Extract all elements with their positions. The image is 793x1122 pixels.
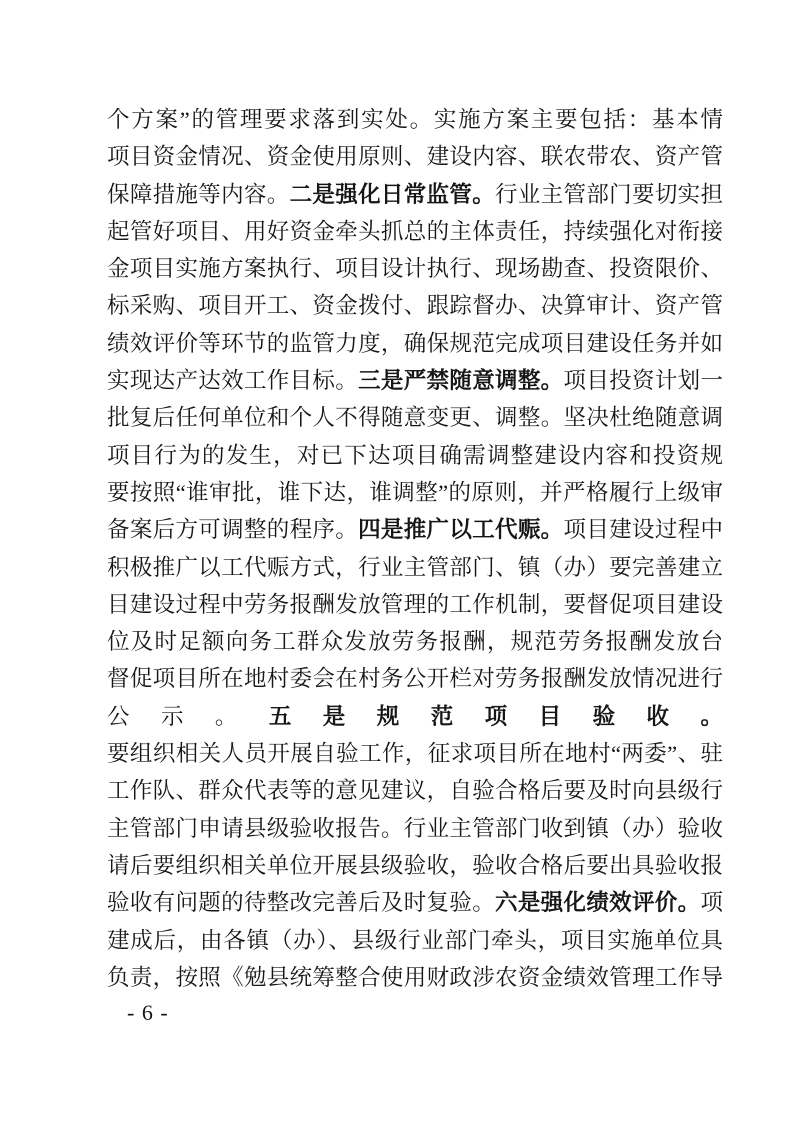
body-text: 个方案”的管理要求落到实处。实施方案主要包括：基本情况、 项目资金情况、资金使用… [107, 101, 723, 996]
body-text-segment: 批复后任何单位和个人不得随意变更、调整。坚决杜绝随意调整 [107, 405, 723, 436]
inline-heading-5: 五是规范项目验收。 [269, 704, 723, 729]
body-text-segment: 积极推广以工代赈方式，行业主管部门、镇（办）要完善建立项 [107, 555, 723, 586]
text-line: 主管部门申请县级验收报告。行业主管部门收到镇（办）验收申 [107, 810, 723, 847]
body-text-segment: 标采购、项目开工、资金拨付、跟踪督办、决算审计、资产管理、 [107, 293, 723, 324]
text-line: 绩效评价等环节的监管力度，确保规范完成项目建设任务并如期 [107, 325, 723, 362]
document-page: 个方案”的管理要求落到实处。实施方案主要包括：基本情况、 项目资金情况、资金使用… [0, 0, 793, 1122]
text-line: 实现达产达效工作目标。三是严禁随意调整。项目投资计划一旦 [107, 362, 723, 399]
text-line: 公示。五是规范项目验收。项目竣工后，镇（办）、村（社区） [107, 698, 723, 735]
text-line: 验收有问题的待整改完善后及时复验。六是强化绩效评价。项目 [107, 884, 723, 921]
text-line: 负责，按照《勉县统筹整合使用财政涉农资金绩效管理工作导引 [107, 959, 723, 996]
text-line: 请后要组织相关单位开展县级验收，验收合格后要出具验收报告。 [107, 847, 723, 884]
body-text-segment: 公示。 [107, 704, 269, 729]
body-text-segment: 验收有问题的待整改完善后及时复验。 [107, 890, 495, 915]
body-text-segment: 项目资金情况、资金使用原则、建设内容、联农带农、资产管理、 [107, 144, 723, 175]
body-text-segment: 绩效评价等环节的监管力度，确保规范完成项目建设任务并如期 [107, 331, 723, 362]
text-line: 积极推广以工代赈方式，行业主管部门、镇（办）要完善建立项 [107, 549, 723, 586]
body-text-segment: 起管好项目、用好资金牵头抓总的主体责任，持续强化对衔接资 [107, 219, 723, 250]
inline-heading-2: 二是强化日常监管。 [290, 182, 495, 207]
text-line: 工作队、群众代表等的意见建议，自验合格后要及时向县级行业 [107, 772, 723, 809]
text-line: 建成后，由各镇（办）、县级行业部门牵头，项目实施单位具体 [107, 922, 723, 959]
body-text-segment: 建成后，由各镇（办）、县级行业部门牵头，项目实施单位具体 [107, 928, 723, 959]
text-line: 督促项目所在地村委会在村务公开栏对劳务报酬发放情况进行 [107, 660, 723, 697]
body-text-segment: 要按照“谁审批，谁下达，谁调整”的原则，并严格履行上级审批 [107, 480, 723, 511]
body-text-segment: 个方案”的管理要求落到实处。实施方案主要包括：基本情况、 [107, 107, 723, 138]
body-text-segment: 金项目实施方案执行、项目设计执行、现场勘查、投资限价、招 [107, 256, 723, 287]
text-line: 目建设过程中劳务报酬发放管理的工作机制，要督促项目建设单 [107, 586, 723, 623]
body-text-segment: 项目行为的发生，对已下达项目确需调整建设内容和投资规模， [107, 443, 723, 474]
page-number: - 6 - [127, 999, 169, 1027]
text-line: 个方案”的管理要求落到实处。实施方案主要包括：基本情况、 [107, 101, 723, 138]
body-text-segment: 目建设过程中劳务报酬发放管理的工作机制，要督促项目建设单 [107, 592, 723, 623]
body-text-segment: 督促项目所在地村委会在村务公开栏对劳务报酬发放情况进行 [107, 666, 723, 691]
body-text-segment: 主管部门申请县级验收报告。行业主管部门收到镇（办）验收申 [107, 816, 723, 847]
body-text-segment: 保障措施等内容。 [107, 182, 290, 207]
text-line: 标采购、项目开工、资金拨付、跟踪督办、决算审计、资产管理、 [107, 287, 723, 324]
text-line: 位及时足额向务工群众发放劳务报酬，规范劳务报酬发放台账， [107, 623, 723, 660]
body-text-segment: 请后要组织相关单位开展县级验收，验收合格后要出具验收报告。 [107, 853, 723, 884]
text-line: 要组织相关人员开展自验工作，征求项目所在地村“两委”、驻村 [107, 735, 723, 772]
body-text-segment: 要组织相关人员开展自验工作，征求项目所在地村“两委”、驻村 [107, 741, 723, 772]
text-line: 保障措施等内容。二是强化日常监管。行业主管部门要切实担负 [107, 176, 723, 213]
text-line: 项目资金情况、资金使用原则、建设内容、联农带农、资产管理、 [107, 138, 723, 175]
text-line: 金项目实施方案执行、项目设计执行、现场勘查、投资限价、招 [107, 250, 723, 287]
inline-heading-6: 六是强化绩效评价。 [495, 890, 700, 915]
body-text-segment: 工作队、群众代表等的意见建议，自验合格后要及时向县级行业 [107, 778, 723, 809]
text-line: 项目行为的发生，对已下达项目确需调整建设内容和投资规模， [107, 437, 723, 474]
text-line: 起管好项目、用好资金牵头抓总的主体责任，持续强化对衔接资 [107, 213, 723, 250]
text-line: 批复后任何单位和个人不得随意变更、调整。坚决杜绝随意调整 [107, 399, 723, 436]
body-text-segment: 负责，按照《勉县统筹整合使用财政涉农资金绩效管理工作导引 [107, 965, 723, 996]
text-line: 备案后方可调整的程序。四是推广以工代赈。项目建设过程中要 [107, 511, 723, 548]
text-line: 要按照“谁审批，谁下达，谁调整”的原则，并严格履行上级审批 [107, 474, 723, 511]
body-text-segment: 位及时足额向务工群众发放劳务报酬，规范劳务报酬发放台账， [107, 629, 723, 660]
inline-heading-4: 四是推广以工代赈。 [358, 517, 563, 542]
body-text-segment: 备案后方可调整的程序。 [107, 517, 358, 542]
inline-heading-3: 三是严禁随意调整。 [358, 368, 563, 393]
body-text-segment: 实现达产达效工作目标。 [107, 368, 358, 393]
